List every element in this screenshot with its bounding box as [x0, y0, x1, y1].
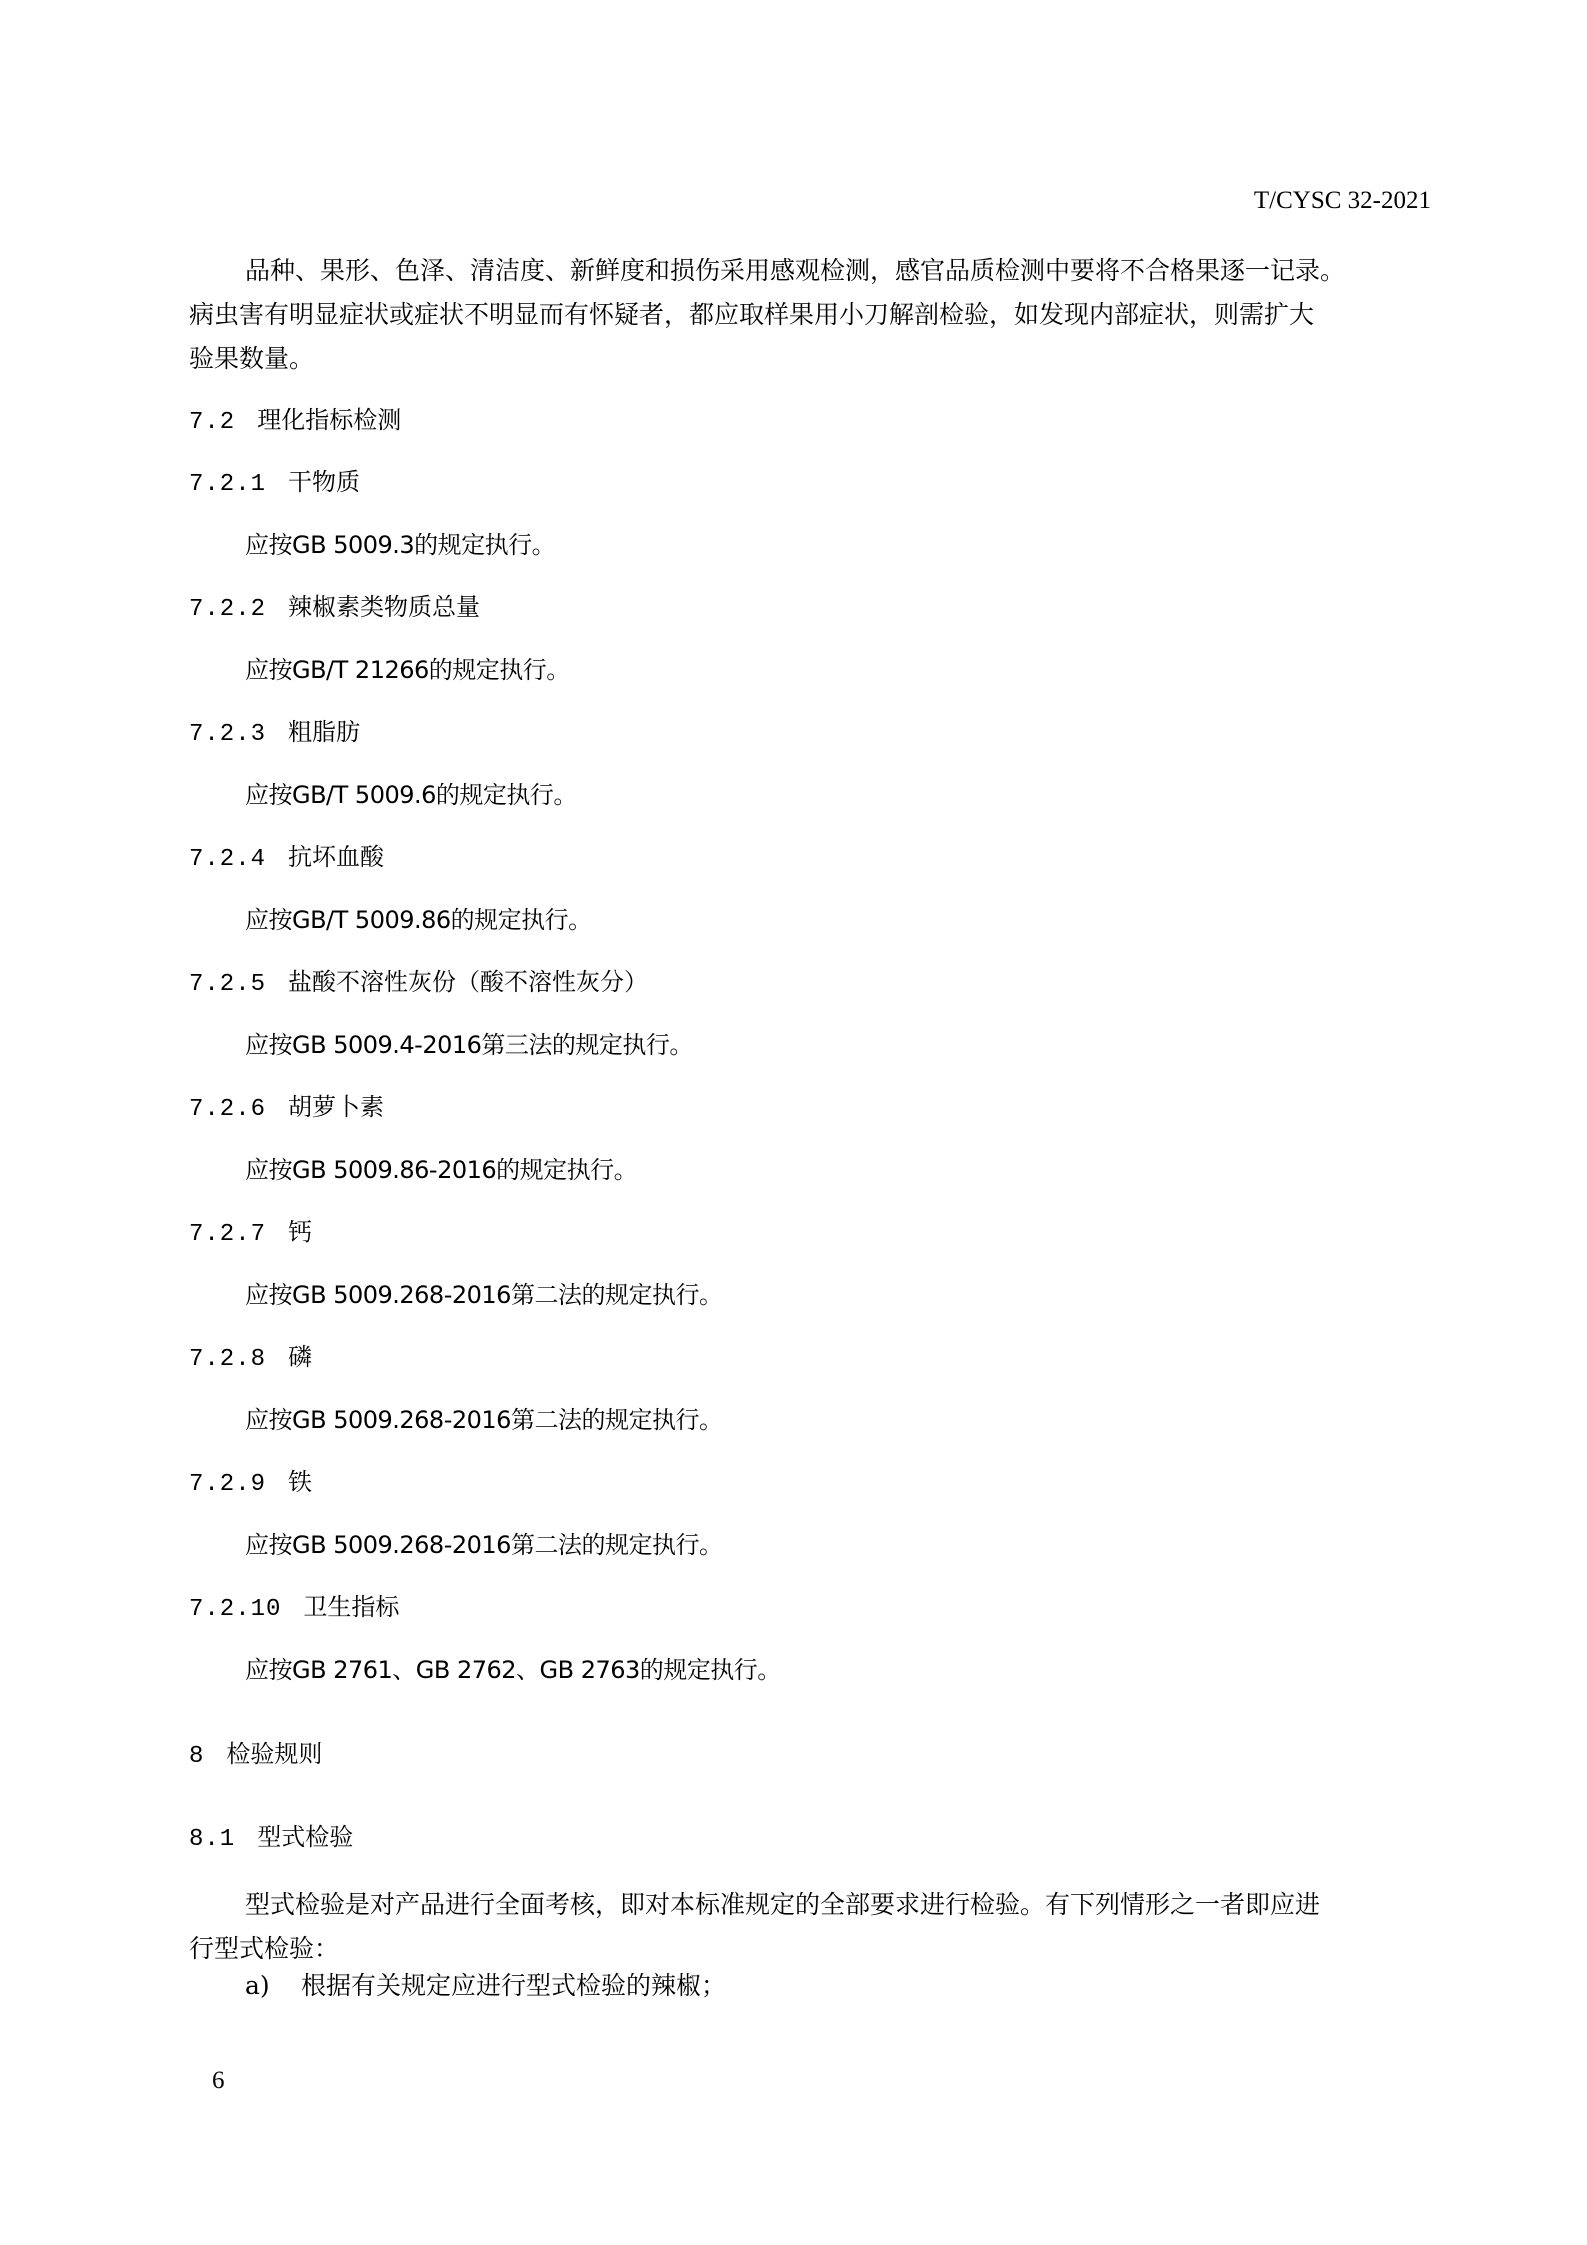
- type-inspection-paragraph: 型式检验是对产品进行全面考核，即对本标准规定的全部要求进行检验。有下列情形之一者…: [189, 1883, 1439, 1971]
- section-body-7-2-1: 应按GB 5009.3的规定执行。: [245, 530, 555, 560]
- list-item-text: 根据有关规定应进行型式检验的辣椒；: [301, 1971, 726, 2000]
- paragraph-line: 品种、果形、色泽、清洁度、新鲜度和损伤采用感观检测，感官品质检测中要将不合格果逐…: [189, 249, 1439, 293]
- section-body-7-2-9: 应按GB 5009.268-2016第二法的规定执行。: [245, 1530, 722, 1560]
- section-heading-7-2-9: 7.2.9铁: [189, 1467, 312, 1500]
- section-number: 7.2.1: [189, 470, 266, 500]
- section-number: 7.2.3: [189, 720, 266, 750]
- section-number: 7.2.6: [189, 1095, 266, 1125]
- section-number: 7.2.7: [189, 1220, 266, 1250]
- section-heading-7-2-2: 7.2.2辣椒素类物质总量: [189, 592, 480, 625]
- paragraph-line: 行型式检验：: [189, 1927, 1439, 1971]
- section-number: 8: [189, 1742, 204, 1772]
- section-number: 7.2.5: [189, 970, 266, 1000]
- section-heading-8-1: 8.1型式检验: [189, 1822, 353, 1855]
- section-body-7-2-10: 应按GB 2761、GB 2762、GB 2763的规定执行。: [245, 1655, 781, 1685]
- section-body-7-2-7: 应按GB 5009.268-2016第二法的规定执行。: [245, 1280, 722, 1310]
- section-title: 粗脂肪: [288, 717, 360, 747]
- section-heading-8: 8检验规则: [189, 1739, 322, 1772]
- section-body-7-2-6: 应按GB 5009.86-2016的规定执行。: [245, 1155, 637, 1185]
- section-body-7-2-8: 应按GB 5009.268-2016第二法的规定执行。: [245, 1405, 722, 1435]
- section-body-7-2-5: 应按GB 5009.4-2016第三法的规定执行。: [245, 1030, 693, 1060]
- section-title: 抗坏血酸: [288, 842, 384, 872]
- section-heading-7-2-1: 7.2.1干物质: [189, 467, 360, 500]
- section-title: 铁: [288, 1467, 312, 1497]
- section-body-7-2-4: 应按GB/T 5009.86的规定执行。: [245, 905, 592, 935]
- paragraph-line: 病虫害有明显症状或症状不明显而有怀疑者，都应取样果用小刀解剖检验，如发现内部症状…: [189, 293, 1439, 337]
- section-heading-7-2-8: 7.2.8磷: [189, 1342, 312, 1375]
- section-number: 7.2: [189, 408, 235, 438]
- section-number: 7.2.10: [189, 1595, 281, 1625]
- section-number: 7.2.2: [189, 595, 266, 625]
- section-title: 型式检验: [257, 1822, 353, 1852]
- section-heading-7-2-5: 7.2.5盐酸不溶性灰份（酸不溶性灰分）: [189, 967, 648, 1000]
- section-body-7-2-2: 应按GB/T 21266的规定执行。: [245, 655, 570, 685]
- section-title: 检验规则: [226, 1739, 322, 1769]
- list-item: a)根据有关规定应进行型式检验的辣椒；: [245, 1971, 726, 2001]
- section-heading-7-2: 7.2理化指标检测: [189, 405, 401, 438]
- section-heading-7-2-6: 7.2.6胡萝卜素: [189, 1092, 384, 1125]
- paragraph-line: 验果数量。: [189, 337, 1439, 381]
- section-heading-7-2-4: 7.2.4抗坏血酸: [189, 842, 384, 875]
- section-title: 理化指标检测: [257, 405, 401, 435]
- section-heading-7-2-7: 7.2.7钙: [189, 1217, 312, 1250]
- section-title: 盐酸不溶性灰份（酸不溶性灰分）: [288, 967, 648, 997]
- section-heading-7-2-10: 7.2.10卫生指标: [189, 1592, 399, 1625]
- section-body-7-2-3: 应按GB/T 5009.6的规定执行。: [245, 780, 577, 810]
- list-marker: a): [245, 1971, 301, 2001]
- section-title: 干物质: [288, 467, 360, 497]
- section-title: 卫生指标: [303, 1592, 399, 1622]
- standard-code-header: T/CYSC 32-2021: [1254, 186, 1431, 216]
- section-number: 7.2.4: [189, 845, 266, 875]
- section-number: 7.2.9: [189, 1470, 266, 1500]
- section-title: 辣椒素类物质总量: [288, 592, 480, 622]
- intro-paragraph: 品种、果形、色泽、清洁度、新鲜度和损伤采用感观检测，感官品质检测中要将不合格果逐…: [189, 249, 1439, 381]
- section-title: 胡萝卜素: [288, 1092, 384, 1122]
- section-heading-7-2-3: 7.2.3粗脂肪: [189, 717, 360, 750]
- section-title: 钙: [288, 1217, 312, 1247]
- section-title: 磷: [288, 1342, 312, 1372]
- section-number: 7.2.8: [189, 1345, 266, 1375]
- section-number: 8.1: [189, 1825, 235, 1855]
- page-number: 6: [212, 2066, 225, 2096]
- paragraph-line: 型式检验是对产品进行全面考核，即对本标准规定的全部要求进行检验。有下列情形之一者…: [189, 1883, 1439, 1927]
